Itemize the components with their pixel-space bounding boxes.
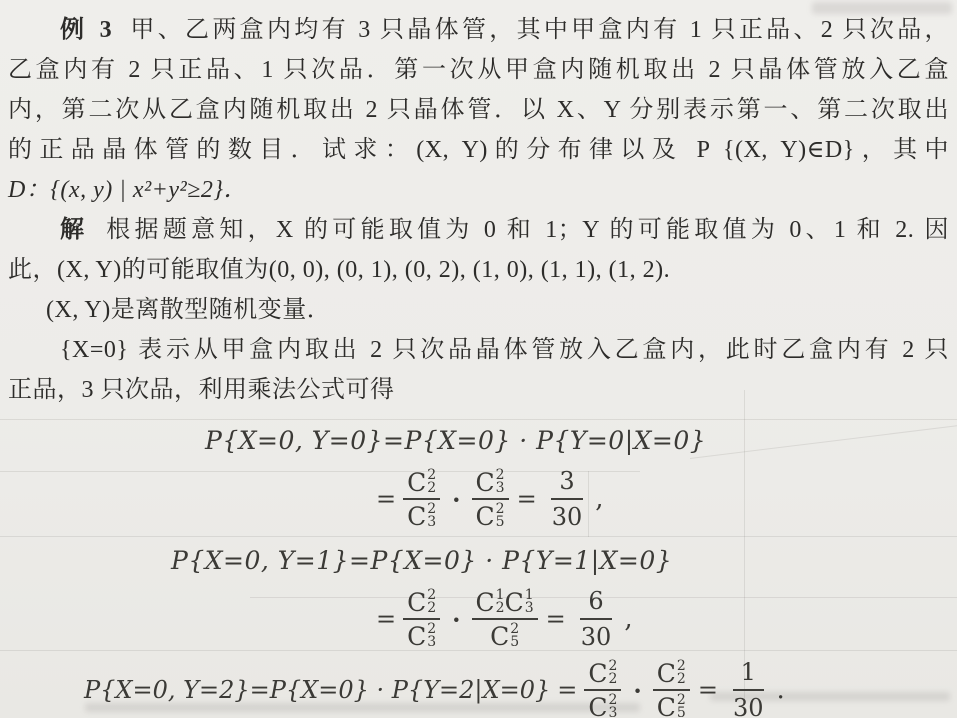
comb-indices: 22	[677, 660, 686, 686]
comb-sub: 3	[427, 636, 436, 649]
comb-indices: 22	[427, 589, 436, 615]
fraction-numerator: C22	[584, 660, 621, 691]
equals-sign: =	[698, 676, 717, 704]
comb-letter: C	[407, 590, 426, 615]
comb-sub: 5	[510, 636, 519, 649]
multiplication-dot: ·	[633, 676, 640, 705]
fraction-denominator: C25	[476, 500, 505, 529]
formula-3-head: P{X=0, Y=2}=P{X=0} · P{Y=2|X=0}	[84, 676, 550, 704]
result-fraction: 1 30	[725, 658, 772, 718]
binomial-C: C22	[407, 589, 436, 615]
fraction-numerator: C22	[403, 469, 440, 500]
comb-sub: 3	[427, 516, 436, 529]
binomial-C: C23	[407, 503, 436, 529]
comb-letter: C	[657, 695, 676, 718]
problem-line: 的正品晶体管的数目．试求：(X, Y)的分布律以及 P {(X, Y)∈D}，其…	[8, 130, 949, 170]
comb-indices: 23	[496, 469, 505, 495]
comb-indices: 25	[677, 694, 686, 718]
binomial-C: C25	[490, 623, 519, 649]
comb-sub: 5	[677, 707, 686, 718]
fraction-numerator: 3	[551, 467, 582, 500]
comb-indices: 12	[496, 589, 505, 615]
comb-indices: 13	[525, 589, 534, 615]
equals-sign: =	[376, 485, 395, 513]
comb-sub: 3	[609, 707, 618, 718]
problem-line: D：{(x, y) | x²+y²≥2}．	[8, 170, 949, 210]
binomial-C: C25	[476, 503, 505, 529]
comb-letter: C	[407, 470, 426, 495]
result-fraction: 6 30	[573, 587, 620, 651]
binomial-C: C23	[407, 623, 436, 649]
binomial-C: C13	[505, 589, 534, 615]
comb-sub: 2	[496, 602, 505, 615]
multiplication-dot: ·	[452, 605, 459, 634]
comb-sub: 3	[525, 602, 534, 615]
binomial-C: C12	[476, 589, 505, 615]
comb-letter: C	[588, 661, 607, 686]
trailing-comma: ,	[624, 604, 631, 634]
fraction: C12 C13 C25	[472, 589, 538, 649]
fraction: C22 C25	[653, 660, 690, 718]
equals-sign: =	[557, 676, 576, 704]
fraction-denominator: 30	[544, 500, 591, 531]
fraction-denominator: C23	[588, 691, 617, 718]
solution-text: 根据题意知，X 的可能取值为 0 和 1；Y 的可能取值为 0、1 和 2. 因	[106, 217, 949, 243]
trailing-period: .	[777, 675, 784, 705]
problem-line: 内，第二次从乙盒内随机取出 2 只晶体管．以 X、Y 分别表示第一、第二次取出	[8, 90, 949, 130]
solution-line: 解根据题意知，X 的可能取值为 0 和 1；Y 的可能取值为 0、1 和 2. …	[8, 210, 949, 250]
comb-letter: C	[476, 470, 495, 495]
binomial-C: C23	[476, 469, 505, 495]
comb-indices: 22	[427, 469, 436, 495]
comb-sub: 3	[496, 482, 505, 495]
formula-2-head: P{X=0, Y=1}=P{X=0} · P{Y=1|X=0}	[171, 546, 949, 576]
comb-letter: C	[476, 504, 495, 529]
derivation-line: 正品，3 只次品，利用乘法公式可得	[8, 370, 949, 410]
equals-sign: =	[376, 605, 395, 633]
comb-indices: 23	[427, 503, 436, 529]
problem-text: 的正品晶体管的数目．试求：(X, Y)的分布律以及 P {(X, Y)∈D}，其…	[8, 137, 949, 163]
problem-text: 甲、乙两盒内均有 3 只晶体管，其中甲盒内有 1 只正品、2 只次品，	[128, 17, 949, 43]
fraction-denominator: C25	[657, 691, 686, 718]
trailing-comma: ,	[595, 484, 602, 514]
fraction: C22 C23	[403, 469, 440, 529]
comb-indices: 22	[609, 660, 618, 686]
derivation-line: {X=0} 表示从甲盒内取出 2 只次品晶体管放入乙盒内，此时乙盒内有 2 只	[8, 330, 949, 370]
fraction-numerator: C12 C13	[472, 589, 538, 620]
fraction-denominator: 30	[725, 691, 772, 718]
example-label: 例 3	[60, 17, 114, 43]
comb-letter: C	[505, 590, 524, 615]
binomial-C: C23	[588, 694, 617, 718]
problem-text: 乙盒内有 2 只正品、1 只次品．第一次从甲盒内随机取出 2 只晶体管放入乙盒	[8, 57, 949, 83]
page-content: 例 3甲、乙两盒内均有 3 只晶体管，其中甲盒内有 1 只正品、2 只次品， 乙…	[0, 0, 957, 718]
solution-text: 此，(X, Y)的可能取值为(0, 0), (0, 1), (0, 2), (1…	[8, 257, 670, 283]
equals-sign: =	[546, 605, 565, 633]
fraction-denominator: C23	[407, 500, 436, 529]
derivation-text: 正品，3 只次品，利用乘法公式可得	[8, 377, 395, 403]
multiplication-dot: ·	[452, 485, 459, 514]
comb-sub: 5	[496, 516, 505, 529]
fraction: C22 C23	[403, 589, 440, 649]
comb-letter: C	[407, 624, 426, 649]
comb-sub: 2	[427, 602, 436, 615]
comb-indices: 23	[609, 694, 618, 718]
problem-text: D：{(x, y) | x²+y²≥2}．	[8, 177, 248, 203]
comb-sub: 2	[427, 482, 436, 495]
fraction: C22 C23	[584, 660, 621, 718]
comb-sub: 2	[677, 673, 686, 686]
fraction-numerator: 6	[580, 587, 611, 620]
comb-sub: 2	[609, 673, 618, 686]
scanned-textbook-page: 例 3甲、乙两盒内均有 3 只晶体管，其中甲盒内有 1 只正品、2 只次品， 乙…	[0, 0, 957, 718]
formula-3: P{X=0, Y=2}=P{X=0} · P{Y=2|X=0} = C22 C2…	[84, 658, 949, 718]
solution-label: 解	[60, 217, 88, 243]
comb-letter: C	[588, 695, 607, 718]
binomial-C: C22	[657, 660, 686, 686]
fraction-denominator: C25	[490, 620, 519, 649]
binomial-C: C22	[588, 660, 617, 686]
problem-line: 例 3甲、乙两盒内均有 3 只晶体管，其中甲盒内有 1 只正品、2 只次品，	[8, 10, 949, 50]
comb-indices: 25	[496, 503, 505, 529]
fraction-numerator: 1	[733, 658, 764, 691]
fraction-numerator: C22	[403, 589, 440, 620]
comb-letter: C	[407, 504, 426, 529]
formula-2-body: = C22 C23 · C12 C13 C25 =	[371, 580, 949, 658]
comb-letter: C	[476, 590, 495, 615]
comb-letter: C	[657, 661, 676, 686]
equals-sign: =	[517, 485, 536, 513]
solution-line: 此，(X, Y)的可能取值为(0, 0), (0, 1), (0, 2), (1…	[8, 250, 949, 290]
solution-text: (X, Y)是离散型随机变量．	[46, 297, 331, 323]
fraction: C23 C25	[472, 469, 509, 529]
formula-1-body: = C22 C23 · C23 C25 = 3 3	[371, 460, 949, 538]
solution-line: (X, Y)是离散型随机变量．	[8, 290, 949, 330]
comb-indices: 25	[510, 623, 519, 649]
comb-indices: 23	[427, 623, 436, 649]
binomial-C: C25	[657, 694, 686, 718]
result-fraction: 3 30	[544, 467, 591, 531]
derivation-text: {X=0} 表示从甲盒内取出 2 只次品晶体管放入乙盒内，此时乙盒内有 2 只	[60, 337, 949, 363]
problem-line: 乙盒内有 2 只正品、1 只次品．第一次从甲盒内随机取出 2 只晶体管放入乙盒	[8, 50, 949, 90]
fraction-denominator: C23	[407, 620, 436, 649]
fraction-numerator: C22	[653, 660, 690, 691]
formula-1-head: P{X=0, Y=0}=P{X=0} · P{Y=0|X=0}	[205, 426, 949, 456]
comb-letter: C	[490, 624, 509, 649]
fraction-numerator: C23	[472, 469, 509, 500]
problem-text: 内，第二次从乙盒内随机取出 2 只晶体管．以 X、Y 分别表示第一、第二次取出	[8, 97, 949, 123]
binomial-C: C22	[407, 469, 436, 495]
fraction-denominator: 30	[573, 620, 620, 651]
